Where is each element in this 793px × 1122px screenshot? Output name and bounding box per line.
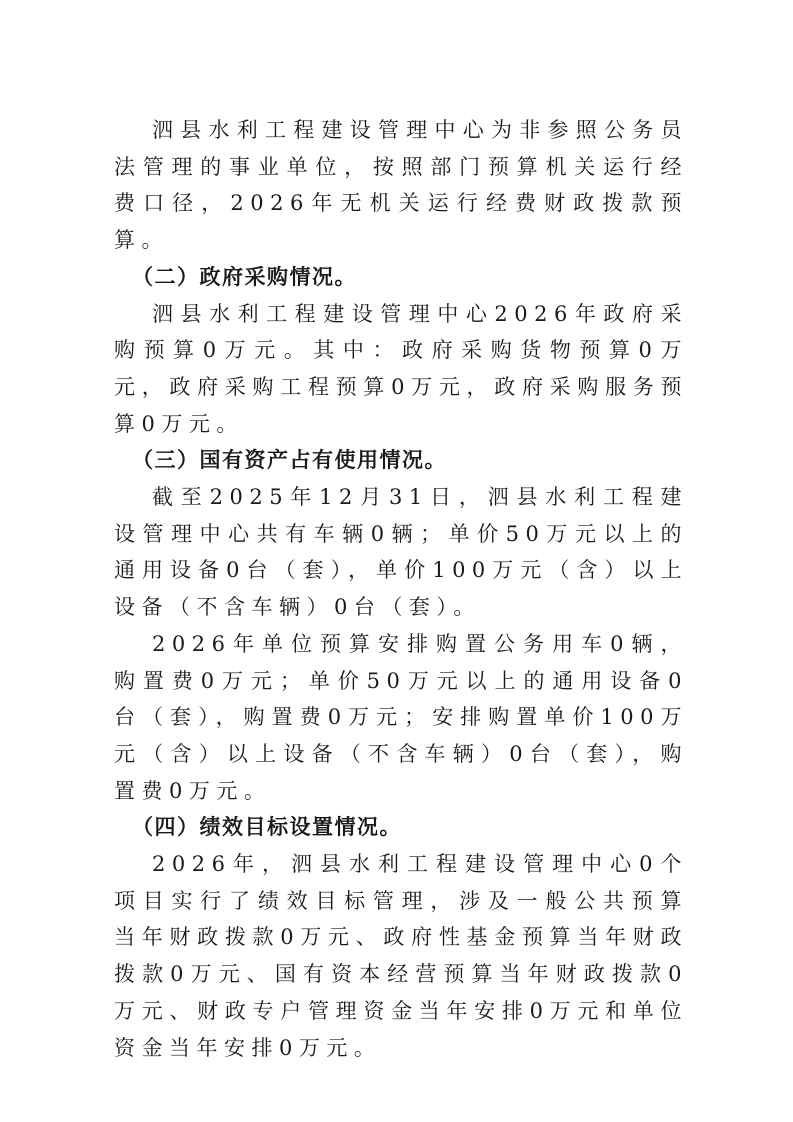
paragraph-state-assets-holdings: 截至2025年12月31日，泗县水利工程建设管理中心共有车辆0辆；单价50万元以…: [114, 479, 688, 626]
document-page: 泗县水利工程建设管理中心为非参照公务员法管理的事业单位，按照部门预算机关运行经费…: [114, 112, 688, 1066]
heading-government-procurement: （二）政府采购情况。: [114, 259, 688, 296]
paragraph-performance-targets: 2026年，泗县水利工程建设管理中心0个项目实行了绩效目标管理，涉及一般公共预算…: [114, 846, 688, 1066]
heading-state-assets: （三）国有资产占有使用情况。: [114, 442, 688, 479]
paragraph-government-procurement: 泗县水利工程建设管理中心2026年政府采购预算0万元。其中：政府采购货物预算0万…: [114, 296, 688, 443]
paragraph-state-assets-purchases: 2026年单位预算安排购置公务用车0辆，购置费0万元；单价50万元以上的通用设备…: [114, 626, 688, 810]
heading-performance-targets: （四）绩效目标设置情况。: [114, 809, 688, 846]
paragraph-operating-expenses: 泗县水利工程建设管理中心为非参照公务员法管理的事业单位，按照部门预算机关运行经费…: [114, 112, 688, 259]
